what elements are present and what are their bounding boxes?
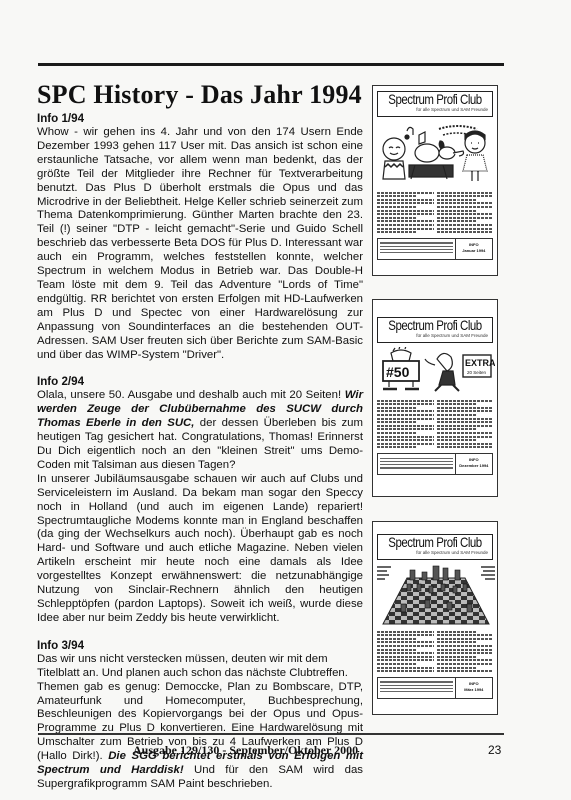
cover-table-of-contents <box>377 398 493 450</box>
masthead-title: Spectrum Profi Club <box>388 535 481 550</box>
cover-footer: INFODezember 1994 <box>377 453 493 475</box>
chessboard-illustration <box>377 564 493 626</box>
section-info-2-94: Info 2/94 Olala, unsere 50. Ausgabe und … <box>37 375 363 625</box>
cover-table-of-contents <box>377 629 493 674</box>
paragraph: In unserer Jubiläumsausgabe schauen wir … <box>37 473 363 626</box>
paragraph: Themen gab es genug: Democcke, Plan zu B… <box>37 681 363 792</box>
cover-table-of-contents <box>377 190 493 235</box>
section-heading: Info 1/94 <box>37 112 363 126</box>
footer-rule <box>38 733 504 735</box>
paragraph: Das wir uns nicht verstecken müssen, deu… <box>37 653 363 681</box>
page-title: SPC History - Das Jahr 1994 <box>37 80 362 110</box>
svg-text:20 Seiten: 20 Seiten <box>467 370 487 375</box>
fiftieth-issue-illustration: #50 EXTRA 20 Seiten <box>377 347 493 395</box>
cover-masthead: Spectrum Profi Club für alle Spectrum un… <box>377 534 493 560</box>
cover-footer: INFOMärz 1994 <box>377 677 493 699</box>
masthead-title: Spectrum Profi Club <box>388 318 481 333</box>
masthead-subtitle: für alle Spectrum und SAM Freunde <box>378 550 492 556</box>
svg-text:EXTRA: EXTRA <box>465 358 495 368</box>
chessboard-icon <box>377 564 495 626</box>
cover-masthead: Spectrum Profi Club für alle Spectrum un… <box>377 317 493 343</box>
paragraph: Olala, unsere 50. Ausgabe und deshalb au… <box>37 389 363 472</box>
peanuts-characters-icon <box>377 121 495 187</box>
paragraph: Whow - wir gehen ins 4. Jahr und von den… <box>37 126 363 362</box>
article-body: Info 1/94 Whow - wir gehen ins 4. Jahr u… <box>37 112 363 800</box>
masthead-subtitle: für alle Spectrum und SAM Freunde <box>378 333 492 339</box>
paragraph-text: In unserer Jubiläumsausgabe schauen wir … <box>37 473 363 624</box>
section-heading: Info 2/94 <box>37 375 363 389</box>
paragraph-text: Das wir uns nicht verstecken müssen, deu… <box>37 653 348 679</box>
cover-image-january-1994: Spectrum Profi Club für alle Spectrum un… <box>372 85 498 276</box>
page-number: 23 <box>488 743 501 757</box>
header-rule <box>38 63 504 66</box>
cover-date: Januar 1994 <box>456 248 492 254</box>
paragraph-text: Whow - wir gehen ins 4. Jahr und von den… <box>37 126 363 361</box>
paragraph-text: Olala, unsere 50. Ausgabe und deshalb au… <box>37 389 345 401</box>
cover-footer: INFOJanuar 1994 <box>377 238 493 260</box>
issue-50-badge-icon: #50 EXTRA 20 Seiten <box>377 347 495 395</box>
cover-date: Dezember 1994 <box>456 463 492 469</box>
section-info-3-94: Info 3/94 Das wir uns nicht verstecken m… <box>37 639 363 792</box>
cover-image-december-1994: Spectrum Profi Club für alle Spectrum un… <box>372 299 498 497</box>
peanuts-illustration <box>377 121 493 187</box>
section-heading: Info 3/94 <box>37 639 363 653</box>
cover-date: März 1994 <box>456 687 492 693</box>
masthead-title: Spectrum Profi Club <box>388 92 481 107</box>
section-info-1-94: Info 1/94 Whow - wir gehen ins 4. Jahr u… <box>37 112 363 362</box>
cover-masthead: Spectrum Profi Club für alle Spectrum un… <box>377 91 493 117</box>
badge-number-text: #50 <box>386 364 410 380</box>
masthead-subtitle: für alle Spectrum und SAM Freunde <box>378 107 492 113</box>
issue-footer: Ausgabe 129/130 - September/Oktober 2000 <box>133 743 358 758</box>
cover-image-march-1994: Spectrum Profi Club für alle Spectrum un… <box>372 521 498 715</box>
